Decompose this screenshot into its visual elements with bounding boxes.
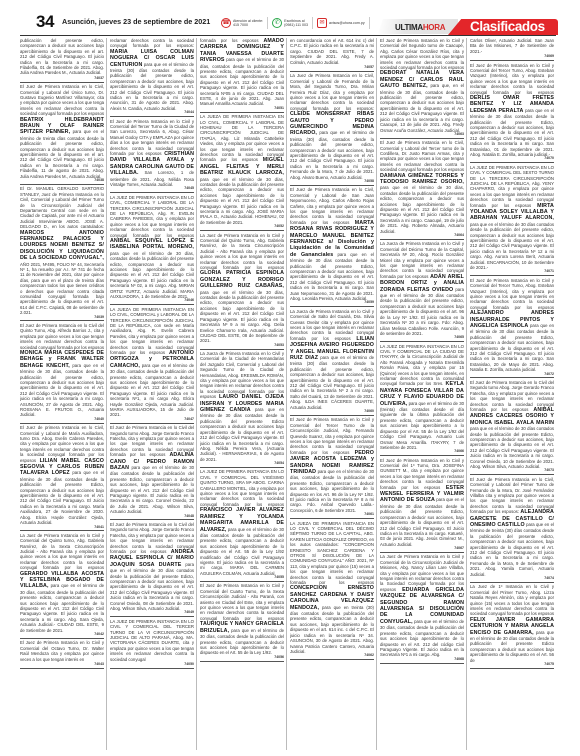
notice-text: LA JUEZA DE PRIMERA INSTANCIA EN LO CIVI… [200,114,284,162]
notice-text-cont: para que, en el término de 30 días, cont… [380,83,464,132]
legal-notice: El Juez de Primera Instancia en lo Civil… [470,278,554,379]
column-4: en concordancia con el Art. 614 inc c) d… [290,38,377,750]
notice-code: 74061 [290,513,374,517]
notice-text: El Juez de Primera Instancia en lo Civil… [20,323,104,350]
notice-code: 74062 [290,654,374,658]
notice-text-cont: para que en el término de treinta (30) d… [290,355,374,410]
legal-notice: La Jueza de Primera Instancia en lo Civi… [200,351,284,468]
divider [369,17,370,29]
notice-text-cont: para que en el término de 30 días, conta… [380,185,464,233]
divider [312,17,313,29]
legal-notice: La Jueza de Primera Instancia en lo Civi… [380,241,464,342]
notice-text: La Juez de Primera Instancia en lo Civil… [200,233,284,270]
notice-code: 74050 [110,663,194,667]
legal-notice: La Juez de Primera Instancia en lo Civil… [20,533,104,639]
notice-text: formada por los esposos [200,38,258,43]
notice-text-cont: para que en el término de 30 días contad… [470,108,554,157]
mail-icon: ✉ [317,18,327,28]
notice-code: 74073 [470,469,554,473]
divider [267,17,268,29]
contact-bar: ☎ Atención al cliente:415 7000 ✆ Escribi… [221,13,370,33]
notice-text-cont: para que en el término de 30 días, conta… [20,583,104,632]
legal-notice: El Juez de Primera Instancia en lo Civil… [20,640,104,668]
notice-text: Carlos Oliver, Actuario Judicial. San Ju… [470,38,554,54]
notice-text: LA JUEZA DE PRIMERA INSTANCIA EN LO CIVI… [110,307,194,355]
notice-text: La Jueza de Primera Instancia en lo Civi… [200,351,284,399]
notice-parties: GLORIA PATRICIA ESPINOLA GONZALEZ Y RODR… [200,270,284,289]
notice-text-cont: para que en el término de 30 días contad… [20,470,104,525]
classifieds-columns: publicación del presente edicto, compare… [20,38,556,750]
notice-text-cont: para que en el término de 30 días contad… [380,497,464,546]
legal-notice: El Juez de Primera Instancia en lo Civil… [20,84,104,185]
legal-notice: El Juez de Primera Instancia en lo Civil… [380,458,464,553]
notice-text: El Juez de Primera Instancia en lo Civil… [380,140,464,172]
notice-text: La Juez de 1º Instancia en lo Civil y Co… [470,584,554,616]
legal-notice: La Juez de Primera Instancia en lo Civil… [200,233,284,350]
notice-text-cont: para que en el término de 30 días contad… [290,252,374,301]
notice-text-cont: para que en el término de 30 días contad… [200,527,284,576]
legal-notice: en concordancia con el Art. 614 inc c) d… [290,38,374,72]
notice-text: LA JUEZ DE PRIMERA INSTANCIA EN LO CIVIL… [110,195,194,238]
contact-value: avisos@uhora.com.py [329,21,365,25]
notice-text: La Juez de Primera Instancia en lo Civil… [290,73,374,110]
legal-notice: El Juez de Primera Instancia en lo Civil… [290,417,374,519]
notice-text-cont: para que en término de 30 días contados … [200,407,284,462]
legal-notice: El Juez de Primera Instancia en lo Civil… [290,187,374,307]
notice-code: 74051 [200,107,284,111]
notice-text: en concordancia con el Art. 614 inc c) d… [290,38,374,65]
notice-text-cont: para que en el término de 30 días contad… [470,323,554,372]
page-number: 34 [36,12,54,32]
notice-text: El Juez de Primera Instancia en lo Civil… [380,38,464,70]
legal-notice: El Juez de Primera Instancia en lo Civil… [110,119,194,194]
contact-value: (0981) 111 003 [284,23,308,27]
notice-code: 74039 [20,316,104,320]
whatsapp-icon: ✆ [272,18,282,28]
column-3: formada por los esposos AMADO CARRERA DO… [200,38,287,750]
column-2: reclamar derechos contra la sociedad con… [110,38,197,750]
notice-text: reclamar derechos contra la sociedad con… [110,38,194,48]
legal-notice: publicación del presente edicto, compare… [20,38,104,83]
legal-notice: LA JUEZ DE PRIMERA INSTANCIA EN LO CIVIL… [200,469,284,582]
notice-code: 74060 [290,410,374,414]
notice-text-cont: para que en el término de 30 días contad… [470,222,554,270]
legal-notice: La Juez de 1º Instancia en lo Civil y Co… [470,584,554,668]
notice-text-cont: AÑO 2021, Nº495, FOLIO Nº 44, Secretaría… [20,262,104,316]
notice-code: 74048 [110,515,194,519]
notice-parties: ANIBAL ESQUIVEL LÓPEZ E ISABELINA PORTAL… [110,238,194,250]
legal-notice: LA JUEZA DE PRIMERA INSTANCIA EN LO CIVI… [110,307,194,424]
column-5: El Juez de Primera Instancia en lo Civil… [380,38,467,750]
phone-icon: ☎ [221,18,231,28]
legal-notice: El Juez de Primera Instancia en lo Civil… [200,583,284,661]
notice-code: 74054 [200,462,284,466]
notice-code: 74049 [110,611,194,615]
legal-notice: Carlos Oliver, Actuario Judicial. San Ju… [470,38,554,61]
notice-text-cont: para que en el término de 30 días, conta… [110,363,194,418]
legal-notice: LA JUEZ DE PRIMERA INSTANCIA EN LO CIVIL… [110,619,194,669]
legal-notice: El Juez de Primera Instancia en lo Civil… [110,522,194,617]
legal-notice: LA JUEZA DE PRIMERA INSTANCIA EN LO CIVI… [200,114,284,231]
notice-text: El Juez de Primera Instancia en lo Civil… [200,583,284,620]
notice-code: 74045 [110,187,194,191]
notice-code: 74058 [290,180,374,184]
notice-code: 74065 [380,336,464,340]
notice-text: LA JUEZ DE PRIMERA INSTANCIA EN LO CIVIL… [380,344,464,387]
notice-code: 74056 [200,656,284,660]
notice-code: 74037 [20,77,104,81]
legal-notice: reclamar derechos contra la sociedad con… [110,38,194,117]
column-6: Carlos Oliver, Actuario Judicial. San Ju… [470,38,556,750]
notice-code: 74069 [470,55,554,59]
notice-code: 74053 [200,344,284,348]
legal-notice: LA JUEZA DE PRIMERA INSTANCIA EN LO CIVI… [290,521,374,661]
notice-parties: MARCOS ANTONIO FERNANDEZ PALACIOS Y LOUR… [20,230,104,262]
notice-parties: DAMIANA GIMÉNEZ TORRES Y TEODOSIO RAMIRE… [380,173,464,185]
notice-code: 74040 [20,418,104,422]
notice-text: LA JUEZ DE PRIMERA INSTANCIA EN LO CIVIL… [200,469,284,506]
column-1: publicación del presente edicto, compare… [20,38,107,750]
legal-notice: El Juez de Primera Instancia en lo Civil… [470,477,554,583]
notice-text-cont: para que en el término de 30 días, conta… [110,251,194,299]
page-header: 34 Asunción, jueves 23 de septiembre de … [0,0,580,34]
notice-text-cont: para que en el término de 30 días, conta… [200,57,284,106]
contact-email[interactable]: ✉ avisos@uhora.com.py [317,17,370,29]
legal-notice: El Juez de Primera Instancia en lo Civil… [110,425,194,520]
notice-text-cont: para que en el término de 30 días, conta… [200,177,284,225]
legal-notice: El Juez de Primera Instancia en lo Civil… [20,323,104,424]
notice-code: 74071 [470,270,554,274]
notice-text-cont: para que en el término de 30 días contad… [380,287,464,336]
dateline: Asunción, jueves 23 de septiembre de 202… [62,17,210,26]
notice-code: 74063 [380,133,464,137]
contact-value: 415 7000 [233,23,248,27]
legal-notice: El Juez de Primera Instancia en lo Civil… [470,63,554,164]
notice-code: 74070 [470,157,554,161]
notice-code: 74052 [200,225,284,229]
notice-text-cont: para que en el término de 30 días contad… [110,562,194,611]
notice-text-cont: para que en el término de 30 días, conta… [200,290,284,344]
notice-text: El Juez de Primera Instancia en lo Civil… [20,640,104,661]
legal-notice: El Dr. MANUEL GERALDO SARTORIO STANLEY, … [20,186,104,321]
notice-code: 74043 [20,663,104,667]
notice-code: 74047 [110,418,194,422]
notice-code: 74067 [380,547,464,551]
contact-whatsapp[interactable]: ✆ Escribinos al(0981) 111 003 [272,17,313,29]
notice-text: LA JUEZA DE PRIMERA INSTANCIA EN LO CIVI… [290,521,374,585]
notice-text-cont: para que en el término de treinta (30) d… [290,130,374,179]
legal-notice: El Juez de primera Instancia en lo Civil… [20,425,104,531]
notice-code: 74074 [470,577,554,581]
legal-notice: LA JUEZ DE PRIMERA INSTANCIA EN LO CIVIL… [380,344,464,457]
notice-text: La Juez de Primera Instancia en lo Civil… [20,533,104,570]
header-rule [20,35,556,36]
logo-part-ultima: ULTIMA [395,23,423,32]
section-title: Clasificados [470,19,545,34]
notice-text-cont: para que en el término de 30 días contad… [110,465,194,514]
notice-code: 74066 [380,450,464,454]
notice-text: LA JUEZ DE PRIMERA INSTANCIA EN LO CIVIL… [470,165,554,208]
contact-phone[interactable]: ☎ Atención al cliente:415 7000 [221,17,268,29]
notice-text-cont: para que en el término de treinta (30) d… [470,522,554,577]
notice-code: 74059 [290,301,374,305]
notice-text-cont: para que en el término de 30 (treinta) d… [380,401,464,450]
notice-text-cont: para que en el término de 30 días, conta… [380,619,464,657]
legal-notice: El Juez de Primera Instancia en lo Civil… [380,140,464,240]
notice-text: El Juez de Primera Instancia en lo Civil… [470,63,554,95]
notice-code: 74072 [470,373,554,377]
notice-text: LA JUEZ DE PRIMERA INSTANCIA EN LO CIVIL… [110,619,194,662]
notice-text: El Dr. MANUEL GERALDO SARTORIO STANLEY, … [20,186,104,229]
notice-code: 74057 [290,66,374,70]
legal-notice: LA JUEZ DE PRIMERA INSTANCIA EN LO CIVIL… [110,195,194,306]
legal-notice: LA JUEZ DE PRIMERA INSTANCIA EN LO CIVIL… [470,165,554,277]
notice-text-cont: para que en el término de 30 días contad… [470,426,554,469]
notice-code: 74064 [380,234,464,238]
logo-part-hora: HORA [423,23,445,32]
notice-code: 74046 [110,299,194,303]
notice-text-cont: para que en el término de treinta (30) d… [110,62,194,111]
legal-notice: La Jueza de Primera Instancia en lo Civi… [290,309,374,416]
newspaper-logo: ULTIMAHORA [395,23,445,32]
notice-code: 74055 [200,576,284,580]
legal-notice: El Juez de Primera Instancia en lo Civil… [380,38,464,139]
legal-notice: La Juez de Primera Instancia en lo Civil… [290,73,374,186]
notice-code: 74041 [20,526,104,530]
legal-notice: El Juez de Primera Instancia en lo Civil… [470,380,554,475]
notice-text-cont: para que en treinta (30) días contados d… [290,605,374,654]
notice-text-cont: para que en el término de 30 días, conta… [20,363,104,418]
notice-code: 74038 [20,179,104,183]
legal-notice: La Juez de Primera Instancia en lo Civil… [380,554,464,663]
notice-text-cont: para que en el término de 30 días, conta… [290,469,374,513]
notice-text-cont: para que en el término de treinta días c… [20,129,104,178]
notice-text: El Juez de Primera Instancia en lo Civil… [470,278,554,310]
notice-code: 74068 [380,658,464,662]
notice-code: 74075 [470,663,554,667]
notice-code: 74042 [20,633,104,637]
notice-code: 74044 [110,111,194,115]
notice-text: El Juez de Primera Instancia en lo Civil… [20,84,104,116]
legal-notice: formada por los esposos AMADO CARRERA DO… [200,38,284,113]
notice-text: publicación del presente edicto, compare… [20,38,104,75]
